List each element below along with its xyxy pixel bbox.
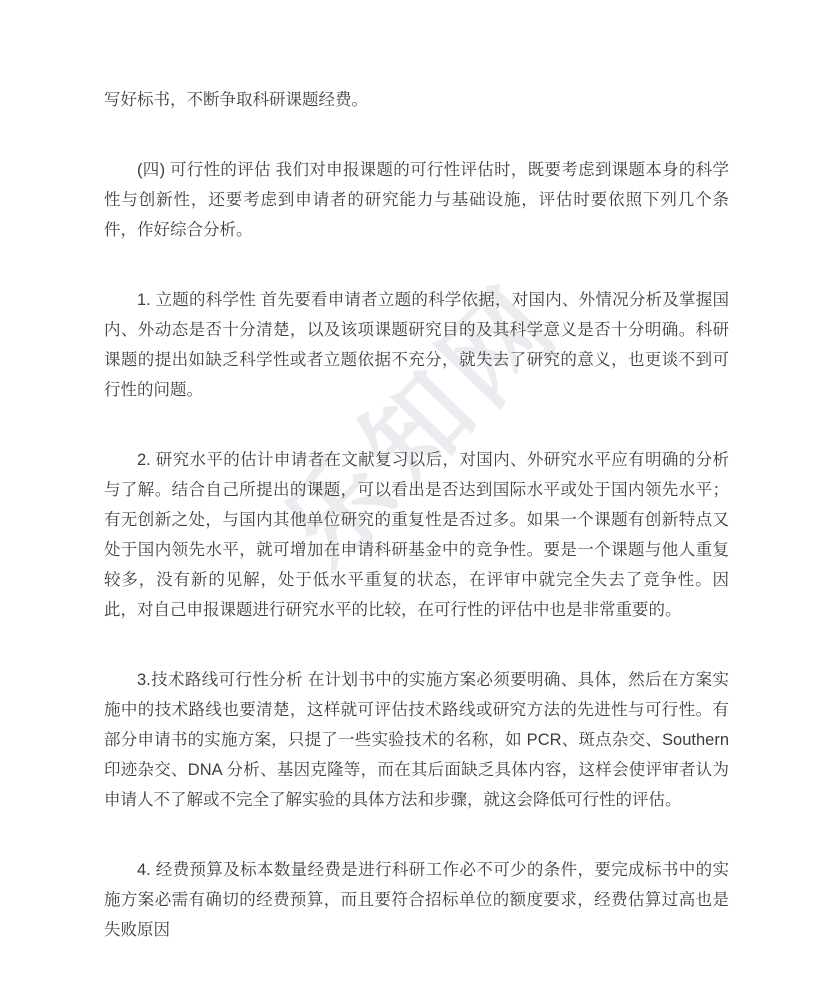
paragraph-item-2: 2. 研究水平的估计申请者在文献复习以后，对国内、外研究水平应有明确的分析与了解… <box>104 445 729 625</box>
document-page: 乐知网 写好标书，不断争取科研课题经费。 (四) 可行性的评估 我们对申报课题的… <box>0 0 830 986</box>
document-content: 写好标书，不断争取科研课题经费。 (四) 可行性的评估 我们对申报课题的可行性评… <box>104 85 729 985</box>
paragraph-item-4: 4. 经费预算及标本数量经费是进行科研工作必不可少的条件，要完成标书中的实施方案… <box>104 855 729 945</box>
paragraph-item-3: 3.技术路线可行性分析 在计划书中的实施方案必须要明确、具体，然后在方案实施中的… <box>104 665 729 815</box>
paragraph-continuation: 写好标书，不断争取科研课题经费。 <box>104 85 729 115</box>
paragraph-item-1: 1. 立题的科学性 首先要看申请者立题的科学依据，对国内、外情况分析及掌握国内、… <box>104 285 729 405</box>
paragraph-section-4-heading: (四) 可行性的评估 我们对申报课题的可行性评估时，既要考虑到课题本身的科学性与… <box>104 155 729 245</box>
